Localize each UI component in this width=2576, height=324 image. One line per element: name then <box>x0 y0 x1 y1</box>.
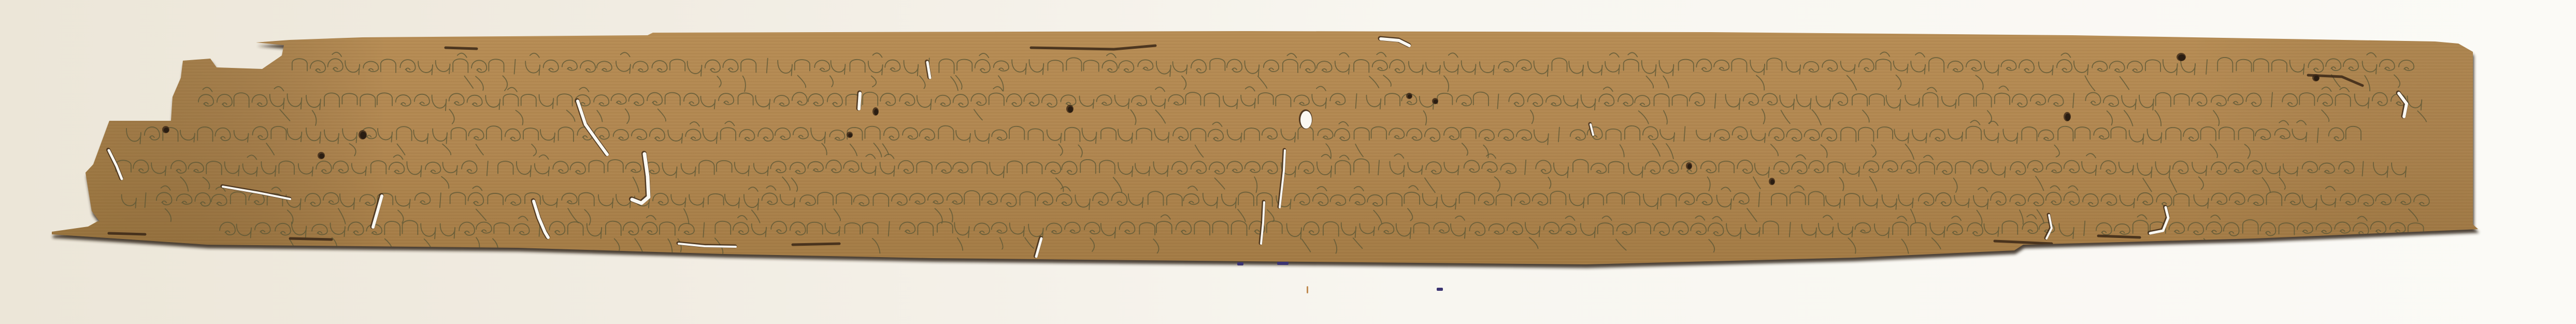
hole-pit <box>2178 54 2185 61</box>
hole-pit <box>1770 179 1774 185</box>
hole-pit <box>1408 94 1412 98</box>
hole-pit <box>874 109 878 115</box>
worm-hole <box>859 93 860 109</box>
hole-pit <box>360 132 366 139</box>
burn-mark <box>290 238 332 240</box>
ink-dash-mark <box>1277 262 1289 265</box>
hole-pit <box>319 153 324 159</box>
palm-leaf-scene <box>0 0 2576 324</box>
leaf-texture <box>0 0 2576 324</box>
hole-pit <box>1300 111 1312 129</box>
manuscript-photo: Palm-leaf manuscript folio Odia [illegib… <box>0 0 2576 324</box>
hole-pit <box>848 133 852 137</box>
table-marks <box>1237 262 1443 293</box>
hole-pit <box>1434 100 1438 104</box>
hole-pit <box>144 107 148 111</box>
ink-tick-mark <box>1307 286 1308 293</box>
burn-mark <box>793 244 839 245</box>
ink-dash-mark <box>1237 262 1243 265</box>
hole-pit <box>2314 76 2319 81</box>
burn-mark <box>109 233 145 234</box>
burn-mark <box>446 48 477 49</box>
hole-pit <box>2065 114 2070 121</box>
ink-dash-mark <box>1437 288 1443 291</box>
hole-pit <box>1687 164 1692 169</box>
hole-pit <box>164 128 169 133</box>
hole-pit <box>1068 106 1073 112</box>
burn-mark <box>2098 236 2140 237</box>
